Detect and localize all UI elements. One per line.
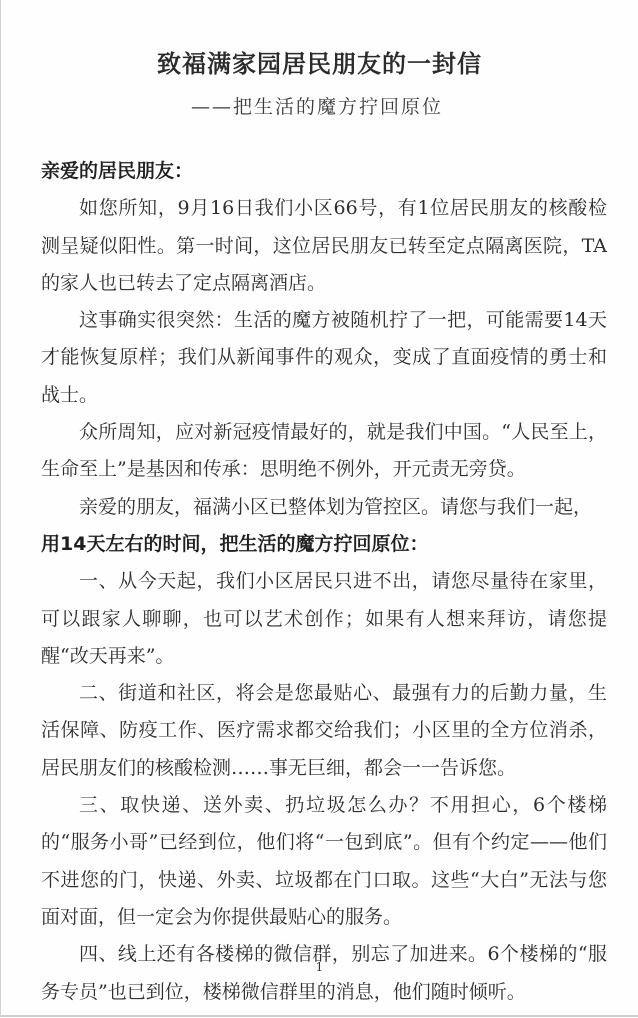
paragraph-china: 众所周知，应对新冠疫情最好的，就是我们中国。“人民至上，生命至上”是基因和传承：… bbox=[41, 414, 607, 489]
paragraph-sudden: 这事确实很突然：生活的魔方被随机拧了一把，可能需要14天才能恢复原样；我们从新闻… bbox=[41, 302, 607, 414]
item-stay-home: 一、从今天起，我们小区居民只进不出，请您尽量待在家里，可以跟家人聊聊，也可以艺术… bbox=[41, 563, 607, 675]
letter-body: 亲爱的居民朋友： 如您所知，9月16日我们小区66号，有1位居民朋友的核酸检测呈… bbox=[41, 153, 607, 1011]
item-delivery-service: 三、取快递、送外卖、扔垃圾怎么办？不用担心，6个楼梯的“服务小哥”已经到位，他们… bbox=[41, 787, 607, 936]
salutation: 亲爱的居民朋友： bbox=[41, 153, 607, 190]
paragraph-notice: 如您所知，9月16日我们小区66号，有1位居民朋友的核酸检测呈疑似阳性。第一时间… bbox=[41, 190, 607, 302]
page-number: 1 bbox=[1, 960, 638, 974]
letter-subtitle: ——把生活的魔方拧回原位 bbox=[191, 92, 443, 119]
document-page: 致福满家园居民朋友的一封信 ——把生活的魔方拧回原位 亲爱的居民朋友： 如您所知… bbox=[0, 0, 638, 1017]
letter-title: 致福满家园居民朋友的一封信 bbox=[1, 44, 638, 79]
emphasis-line: 用14天左右的时间，把生活的魔方拧回原位： bbox=[41, 526, 607, 563]
paragraph-control-zone: 亲爱的朋友，福满小区已整体划为管控区。请您与我们一起， bbox=[41, 489, 607, 526]
item-logistics-support: 二、街道和社区，将会是您最贴心、最强有力的后勤力量，生活保障、防疫工作、医疗需求… bbox=[41, 675, 607, 787]
